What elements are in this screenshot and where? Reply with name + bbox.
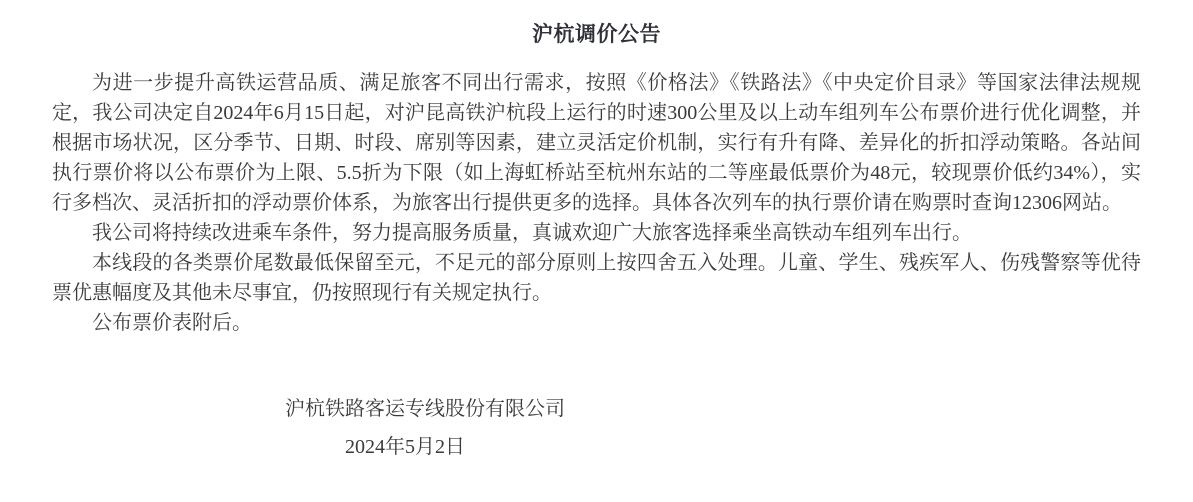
announcement-date: 2024年5月2日	[345, 432, 1141, 462]
announcement-document: 沪杭调价公告 为进一步提升高铁运营品质、满足旅客不同出行需求，按照《价格法》《铁…	[0, 0, 1193, 502]
paragraph-rounding-and-discount-rules: 本线段的各类票价尾数最低保留至元，不足元的部分原则上按四舍五入处理。儿童、学生、…	[52, 248, 1141, 308]
paragraph-price-table-note: 公布票价表附后。	[52, 308, 1141, 338]
company-name: 沪杭铁路客运专线股份有限公司	[285, 394, 1141, 424]
document-title: 沪杭调价公告	[52, 18, 1141, 48]
signature-block: 沪杭铁路客运专线股份有限公司 2024年5月2日	[52, 394, 1141, 462]
paragraph-service-commitment: 我公司将持续改进乘车条件，努力提高服务质量，真诚欢迎广大旅客选择乘坐高铁动车组列…	[52, 218, 1141, 248]
document-body: 为进一步提升高铁运营品质、满足旅客不同出行需求，按照《价格法》《铁路法》《中央定…	[52, 68, 1141, 338]
paragraph-intro-adjustment: 为进一步提升高铁运营品质、满足旅客不同出行需求，按照《价格法》《铁路法》《中央定…	[52, 68, 1141, 218]
